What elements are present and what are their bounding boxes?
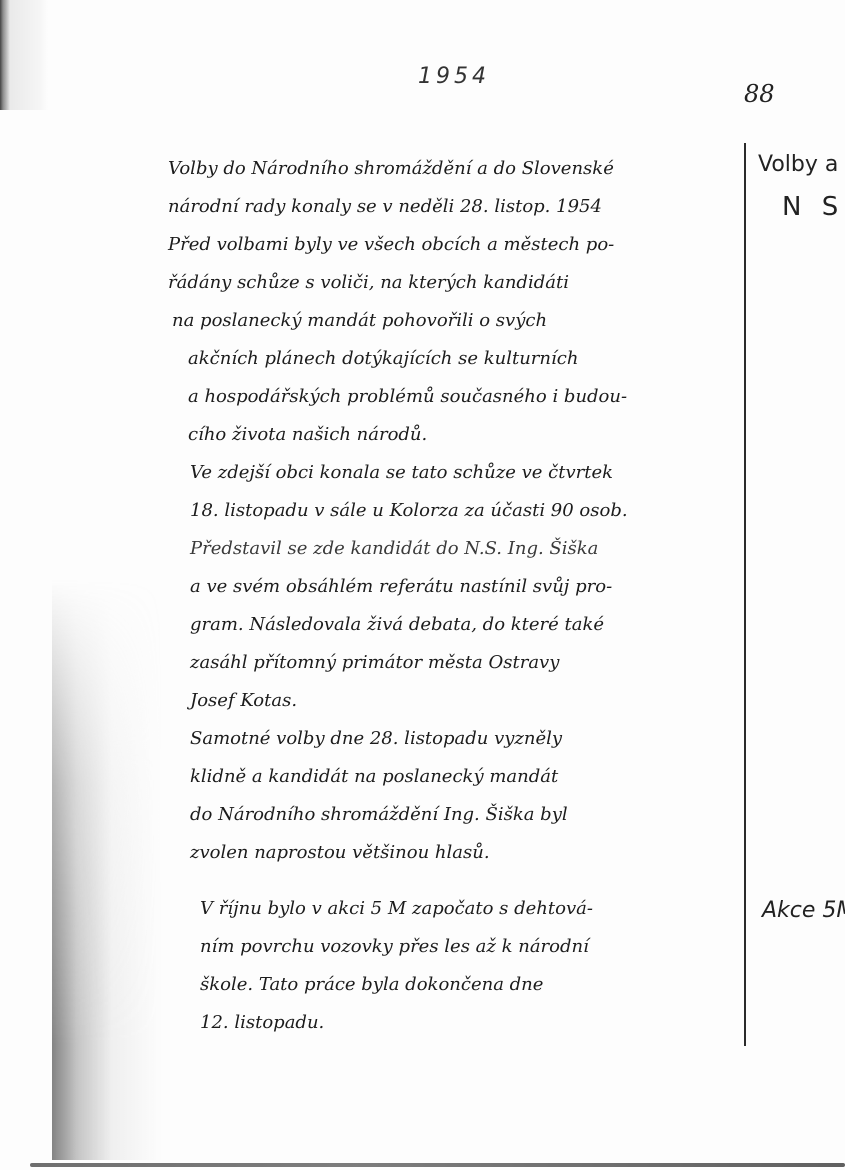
text-line: do Národního shromáždění Ing. Šiška byl — [168, 796, 743, 834]
text-line: Josef Kotas. — [168, 682, 743, 720]
text-line: škole. Tato práce byla dokončena dne — [168, 966, 743, 1004]
text-line: Představil se zde kandidát do N.S. Ing. … — [168, 530, 743, 568]
entry-akce-5m: V říjnu bylo v akci 5 M započato s dehto… — [168, 890, 743, 1042]
text-line: Samotné volby dne 28. listopadu vyzněly — [168, 720, 743, 758]
margin-note-ns: N S — [782, 192, 844, 222]
text-line: zvolen naprostou většinou hlasů. — [168, 834, 743, 872]
scanned-document-page: 1954 88 Volby a N S Akce 5M Volby do Nár… — [0, 0, 845, 1170]
scan-shadow-left-edge — [52, 580, 162, 1160]
text-line: gram. Následovala živá debata, do které … — [168, 606, 743, 644]
text-line: řádány schůze s voliči, na kterých kandi… — [168, 264, 743, 302]
text-line: klidně a kandidát na poslanecký mandát — [168, 758, 743, 796]
text-line: Volby do Národního shromáždění a do Slov… — [168, 150, 743, 188]
text-line: zasáhl přítomný primátor města Ostravy — [168, 644, 743, 682]
margin-note-akce: Akce 5M — [762, 898, 845, 923]
text-line: a ve svém obsáhlém referátu nastínil svů… — [168, 568, 743, 606]
text-line: národní rady konaly se v neděli 28. list… — [168, 188, 743, 226]
text-line: Ve zdejší obci konala se tato schůze ve … — [168, 454, 743, 492]
text-line: Před volbami byly ve všech obcích a měst… — [168, 226, 743, 264]
scan-shadow-top-left — [0, 0, 48, 110]
text-line: a hospodářských problémů současného i bu… — [168, 378, 743, 416]
text-line: V říjnu bylo v akci 5 M započato s dehto… — [168, 890, 743, 928]
year-heading: 1954 — [418, 64, 490, 89]
text-line: akčních plánech dotýkajících se kulturní… — [168, 340, 743, 378]
text-line: ním povrchu vozovky přes les až k národn… — [168, 928, 743, 966]
entry-elections: Volby do Národního shromáždění a do Slov… — [168, 150, 743, 872]
text-line: cího života našich národů. — [168, 416, 743, 454]
text-line: 18. listopadu v sále u Kolorza za účasti… — [168, 492, 743, 530]
text-line: na poslanecký mandát pohovořili o svých — [168, 302, 743, 340]
margin-note-volby: Volby a — [758, 152, 838, 177]
margin-rule — [744, 143, 746, 1046]
scan-bottom-edge — [30, 1163, 845, 1167]
text-line: 12. listopadu. — [168, 1004, 743, 1042]
page-number: 88 — [744, 80, 775, 108]
